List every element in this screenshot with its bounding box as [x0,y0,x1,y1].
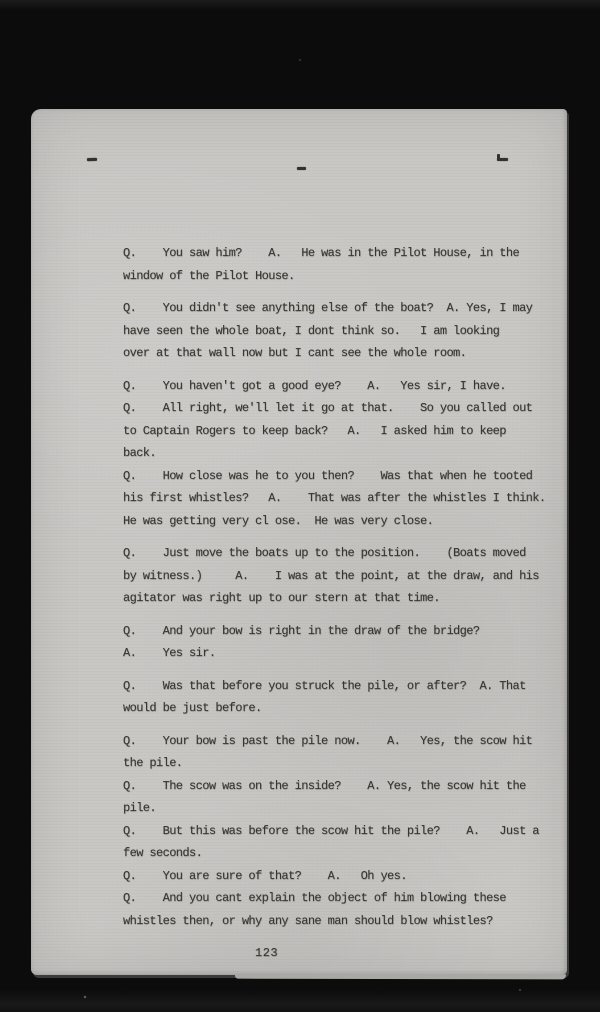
transcript-line: He was getting very cl ose. He was very … [123,510,563,533]
qa-paragraph: Q. Was that before you struck the pile, … [123,675,563,720]
transcript-line: pile. [123,797,563,820]
transcript-line: Q. But this was before the scow hit the … [123,820,563,843]
underlying-page-edge [235,974,566,980]
transcript-line: agitator was right up to our stern at th… [123,587,563,610]
transcript-line: Q. You saw him? A. He was in the Pilot H… [123,242,563,265]
scanner-background: Q. You saw him? A. He was in the Pilot H… [0,0,600,1012]
typewriter-dash-mark [87,158,97,161]
transcript-line: Q. The scow was on the inside? A. Yes, t… [123,775,563,798]
transcript-line: Q. And your bow is right in the draw of … [123,620,563,643]
transcript-line: back. [123,442,563,465]
typewriter-corner-dash-mark [497,158,508,161]
transcript-line: window of the Pilot House. [123,265,563,288]
transcript-line: Q. You are sure of that? A. Oh yes. [123,865,563,888]
transcript-line: few seconds. [123,842,563,865]
transcript-line: his first whistles? A. That was after th… [123,487,563,510]
transcript-line: A. Yes sir. [123,642,563,665]
transcript-line: have seen the whole boat, I dont think s… [123,320,563,343]
transcript-line: would be just before. [123,697,563,720]
transcript-line: Q. Your bow is past the pile now. A. Yes… [123,730,563,753]
transcript-line: over at that wall now but I cant see the… [123,342,563,365]
qa-paragraph: Q. You haven't got a good eye? A. Yes si… [123,375,563,533]
transcript-line: Q. All right, we'll let it go at that. S… [123,397,563,420]
transcript-line: Q. Was that before you struck the pile, … [123,675,563,698]
transcript-line: Q. You didn't see anything else of the b… [123,297,563,320]
page-number: 123 [123,942,563,965]
document-page: Q. You saw him? A. He was in the Pilot H… [31,109,567,975]
transcript-line: Q. You haven't got a good eye? A. Yes si… [123,375,563,398]
transcript-line: Q. And you cant explain the object of hi… [123,887,563,910]
qa-paragraph: Q. You saw him? A. He was in the Pilot H… [123,242,563,287]
qa-paragraph: Q. Your bow is past the pile now. A. Yes… [123,730,563,933]
qa-paragraph: Q. Just move the boats up to the positio… [123,542,563,610]
transcript-line: the pile. [123,752,563,775]
transcript-line: Q. How close was he to you then? Was tha… [123,465,563,488]
transcript-text: Q. You saw him? A. He was in the Pilot H… [123,242,563,965]
transcript-line: to Captain Rogers to keep back? A. I ask… [123,420,563,443]
transcript-line: by witness.) A. I was at the point, at t… [123,565,563,588]
typewriter-dash-mark [297,167,306,170]
transcript-line: whistles then, or why any sane man shoul… [123,910,563,933]
transcript-line: Q. Just move the boats up to the positio… [123,542,563,565]
qa-paragraph: Q. You didn't see anything else of the b… [123,297,563,365]
qa-paragraph: Q. And your bow is right in the draw of … [123,620,563,665]
